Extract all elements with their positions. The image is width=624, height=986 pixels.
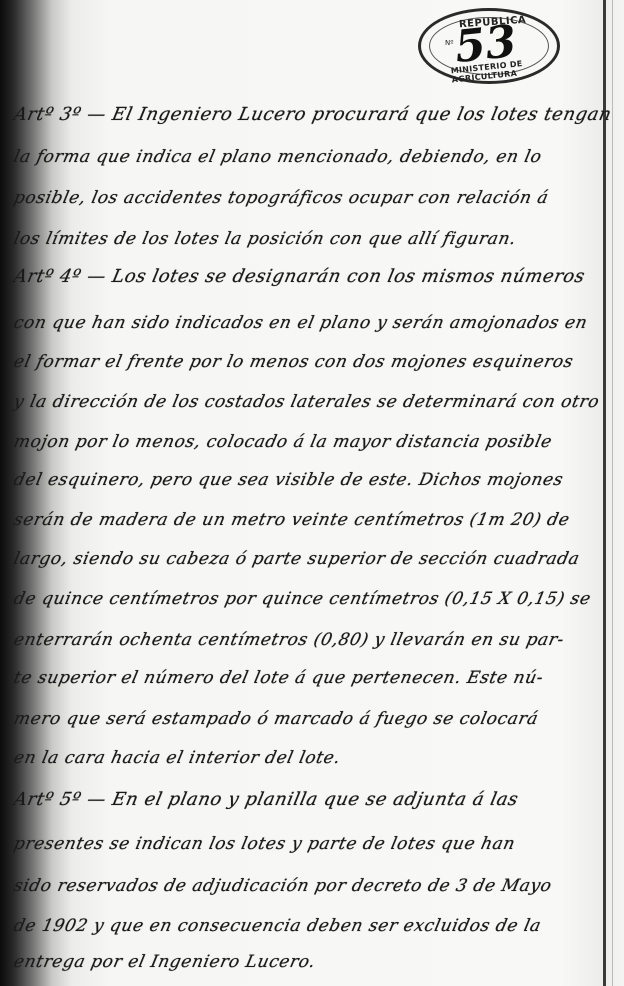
manuscript-line: del esquinero, pero que sea visible de e… [12, 470, 616, 490]
manuscript-line: mojon por lo menos, colocado á la mayor … [12, 432, 616, 452]
manuscript-line: el formar el frente por lo menos con dos… [12, 352, 616, 372]
manuscript-line-article-3: Artº 3º — El Ingeniero Lucero procurará … [12, 104, 616, 125]
manuscript-line: serán de madera de un metro veinte centí… [12, 510, 616, 530]
manuscript-line: enterrarán ochenta centímetros (0,80) y … [12, 630, 616, 650]
manuscript-line: sido reservados de adjudicación por decr… [12, 876, 616, 896]
manuscript-line-article-4: Artº 4º — Los lotes se designarán con lo… [12, 266, 616, 287]
ministry-seal-stamp: REPUBLICA Nº 53 MINISTERIO DE AGRICULTUR… [418, 8, 560, 84]
seal-number-prefix: Nº [445, 39, 454, 47]
manuscript-line: presentes se indican los lotes y parte d… [12, 834, 616, 854]
manuscript-line: los límites de los lotes la posición con… [12, 229, 616, 249]
manuscript-line: de 1902 y que en consecuencia deben ser … [12, 916, 616, 936]
manuscript-line: posible, los accidentes topográficos ocu… [12, 188, 616, 208]
manuscript-line: mero que será estampado ó marcado á fueg… [12, 709, 616, 729]
manuscript-line: en la cara hacia el interior del lote. [12, 748, 616, 768]
scanned-manuscript-page: REPUBLICA Nº 53 MINISTERIO DE AGRICULTUR… [0, 0, 624, 986]
manuscript-line: te superior el número del lote á que per… [12, 668, 616, 688]
manuscript-line: y la dirección de los costados laterales… [12, 392, 616, 412]
manuscript-line: la forma que indica el plano mencionado,… [12, 147, 616, 167]
manuscript-line: largo, siendo su cabeza ó parte superior… [12, 549, 616, 569]
manuscript-line-article-5: Artº 5º — En el plano y planilla que se … [12, 789, 616, 810]
manuscript-line: con que han sido indicados en el plano y… [12, 313, 616, 333]
manuscript-line: de quince centímetros por quince centíme… [12, 589, 616, 609]
manuscript-line: entrega por el Ingeniero Lucero. [12, 952, 616, 972]
